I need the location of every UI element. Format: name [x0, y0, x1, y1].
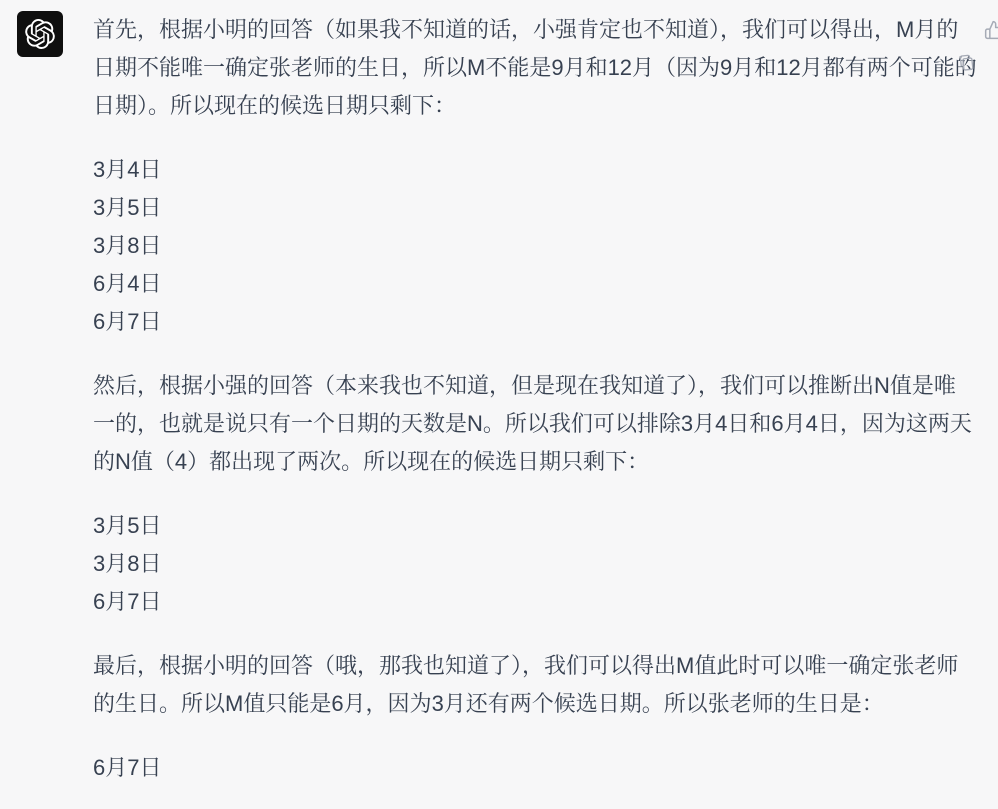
openai-logo-icon	[25, 19, 55, 49]
copy-button[interactable]	[957, 52, 977, 74]
message-paragraph-reasoning-3: 最后，根据小明的回答（哦，那我也知道了），我们可以得出M值此时可以唯一确定张老师…	[93, 647, 977, 723]
copy-icon	[957, 52, 977, 74]
message-final-answer: 6月7日	[93, 749, 977, 787]
message-date-list-1: 3月4日 3月5日 3月8日 6月4日 6月7日	[93, 151, 977, 341]
thumbs-up-button[interactable]	[984, 20, 998, 40]
assistant-message: 首先，根据小明的回答（如果我不知道的话，小强肯定也不知道），我们可以得出，M月的…	[0, 0, 998, 809]
message-paragraph-reasoning-1: 首先，根据小明的回答（如果我不知道的话，小强肯定也不知道），我们可以得出，M月的…	[93, 11, 977, 125]
message-date-list-2: 3月5日 3月8日 6月7日	[93, 507, 977, 621]
assistant-avatar	[17, 11, 63, 57]
message-content: 首先，根据小明的回答（如果我不知道的话，小强肯定也不知道），我们可以得出，M月的…	[93, 11, 977, 787]
message-paragraph-reasoning-2: 然后，根据小强的回答（本来我也不知道，但是现在我知道了），我们可以推断出N值是唯…	[93, 367, 977, 481]
thumbs-up-icon	[984, 20, 998, 40]
